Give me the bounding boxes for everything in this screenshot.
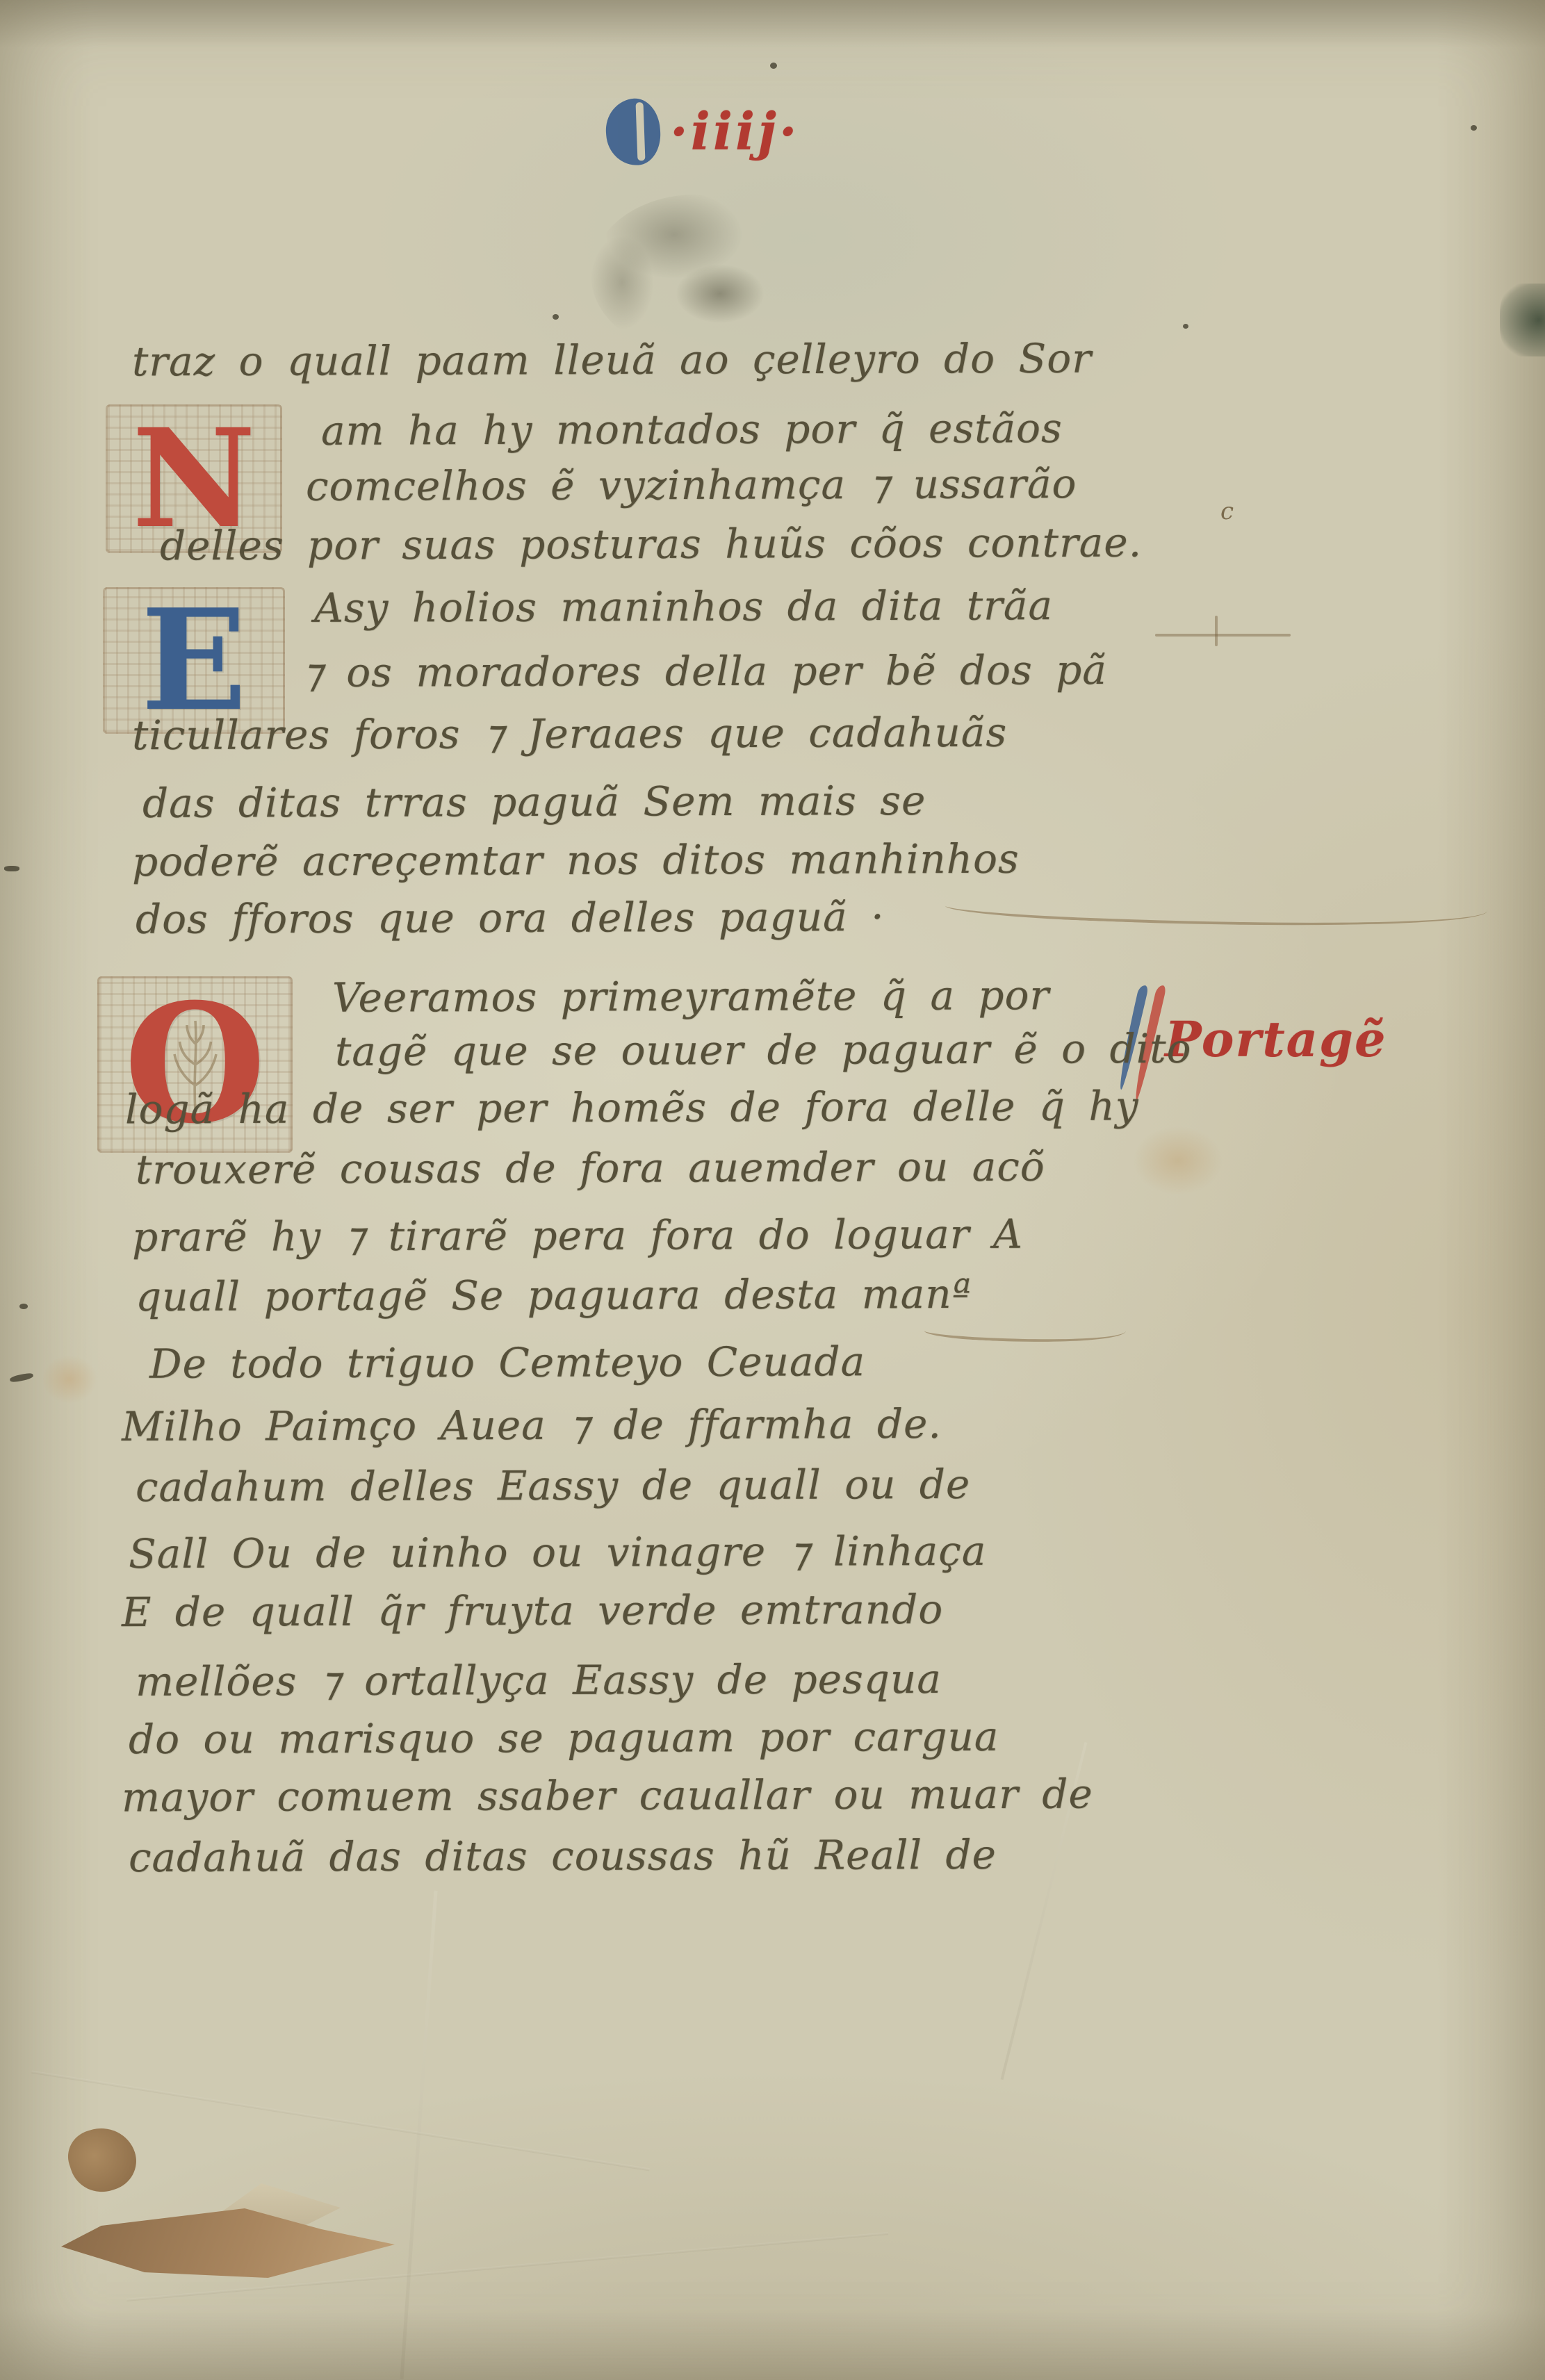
text-line: De todo triguo Cemteyo Ceuada — [149, 1340, 865, 1386]
text-line: E de quall q̃r fruyta verde emtrando — [122, 1588, 943, 1635]
text-line: tagẽ que se ouuer de paguar ẽ o dito — [335, 1027, 1192, 1074]
text-line: Veeramos primeyramẽte q̃ a por — [332, 974, 1049, 1020]
text-line: ⁊ os moradores della per bẽ dos pã — [302, 648, 1107, 696]
text-line: poderẽ acreçemtar nos ditos manhinhos — [132, 837, 1020, 885]
text-line: ticullares foros ⁊ Jeraaes que cadahuãs — [132, 711, 1007, 758]
ink-speck — [553, 314, 559, 320]
margin-mark — [4, 866, 19, 871]
ink-speck — [19, 1304, 28, 1309]
flourish-swash — [945, 880, 1487, 936]
text-line: das ditas trras paguã Sem mais se — [142, 779, 926, 826]
text-line: logã ha de ser per homẽs de fora delle q… — [125, 1084, 1139, 1132]
text-line: delles por suas posturas huũs cõos contr… — [160, 521, 1142, 569]
text-line: do ou marisquo se paguam por cargua — [129, 1715, 999, 1762]
text-line: trouxerẽ cousas de fora auemder ou acõ — [136, 1145, 1045, 1192]
margin-squiggle — [9, 1372, 33, 1384]
parchment-damage-blob — [61, 2119, 144, 2201]
text-line: prarẽ hy ⁊ tirarẽ pera fora do loguar A — [132, 1213, 1023, 1260]
manuscript-page: ·iiij· c N E O — [0, 0, 1545, 2380]
text-line: cadahum delles Eassy de quall ou de — [136, 1463, 971, 1510]
ink-smudge-stain — [591, 195, 799, 354]
margin-dash-mark — [1155, 634, 1291, 637]
margin-rubric-portage: Portagẽ — [1165, 1010, 1387, 1068]
flourish-swash — [924, 1313, 1126, 1347]
text-line: mayor comuem ssaber cauallar ou muar de — [122, 1773, 1093, 1821]
edge-dark-blot — [1500, 284, 1545, 356]
text-line: cadahuã das ditas coussas hũ Reall de — [129, 1833, 997, 1880]
tan-stain — [1133, 1126, 1223, 1195]
parchment-tear — [61, 2208, 395, 2278]
text-line: quall portagẽ Se paguara desta manª — [136, 1272, 972, 1320]
ink-speck — [1471, 125, 1477, 131]
ink-speck — [1183, 324, 1188, 329]
pen-trial-mark: c — [1220, 498, 1234, 525]
text-line: am ha hy montados por q̃ estãos — [321, 407, 1063, 454]
tan-stain-small — [42, 1355, 97, 1404]
folio-number-group: ·iiij· — [606, 99, 800, 165]
text-line: dos fforos que ora delles paguã · — [136, 895, 885, 942]
text-line: mellões ⁊ ortallyça Eassy de pesqua — [136, 1657, 942, 1705]
folio-number: ·iiij· — [670, 102, 800, 162]
ink-speck — [770, 63, 777, 69]
text-line: Asy holios maninhos da dita trãa — [314, 584, 1053, 631]
text-line: traz o quall paam lleuã ao çelleyro do S… — [132, 337, 1092, 385]
text-line: Sall Ou de uinho ou vinagre ⁊ linhaça — [129, 1529, 987, 1577]
text-line: comcelhos ẽ vyzinhamça ⁊ ussarão — [306, 462, 1077, 509]
text-line: Milho Paimço Auea ⁊ de ffarmha de. — [122, 1402, 942, 1450]
initial-letter: E — [141, 598, 247, 723]
margin-cross-mark — [1215, 616, 1218, 646]
blue-paraph-icon — [604, 97, 663, 167]
